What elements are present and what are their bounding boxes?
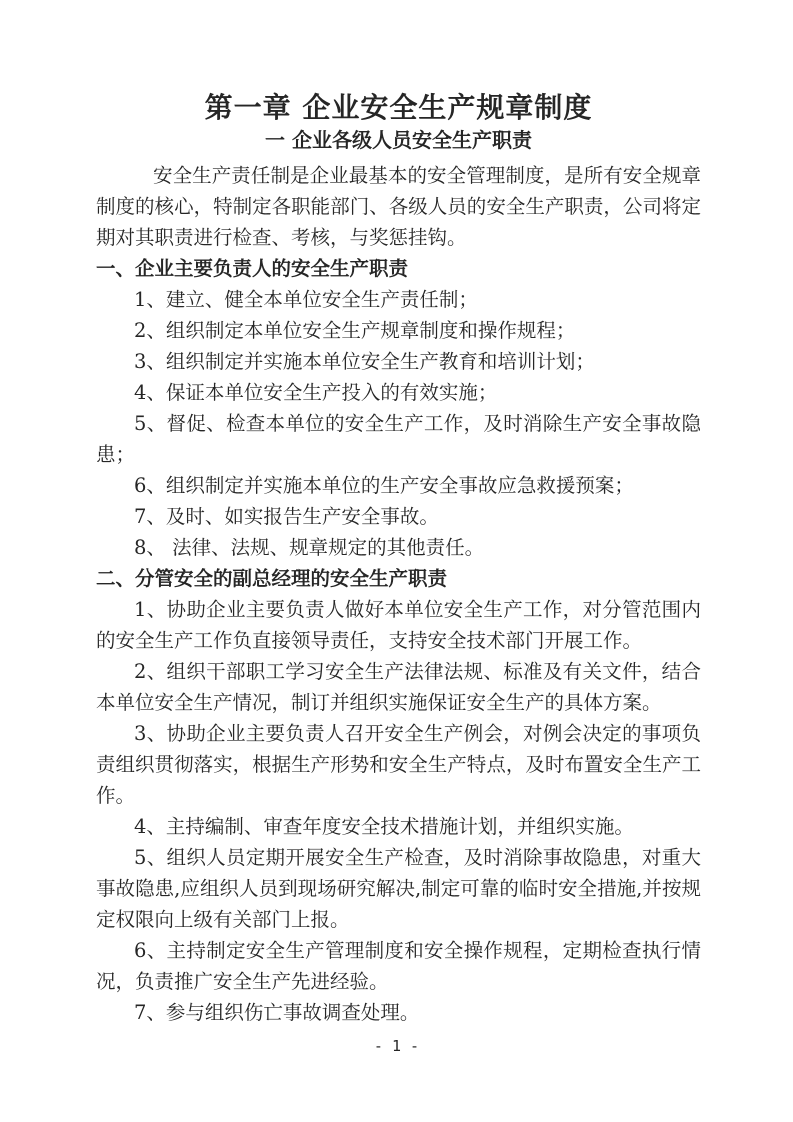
- section-heading: 二、分管安全的副总经理的安全生产职责: [96, 563, 701, 594]
- list-item: 7、及时、如实报告生产安全事故。: [96, 501, 701, 532]
- document-content: 第一章 企业安全生产规章制度 一 企业各级人员安全生产职责 安全生产责任制是企业…: [96, 90, 701, 1028]
- list-item: 4、主持编制、审查年度安全技术措施计划，并组织实施。: [96, 811, 701, 842]
- section-two: 二、分管安全的副总经理的安全生产职责 1、协助企业主要负责人做好本单位安全生产工…: [96, 563, 701, 1028]
- list-item: 6、主持制定安全生产管理制度和安全操作规程，定期检查执行情况，负责推广安全生产先…: [96, 935, 701, 997]
- list-item: 1、协助企业主要负责人做好本单位安全生产工作，对分管范围内的安全生产工作负直接领…: [96, 594, 701, 656]
- list-item: 6、组织制定并实施本单位的生产安全事故应急救援预案；: [96, 470, 701, 501]
- intro-paragraph: 安全生产责任制是企业最基本的安全管理制度，是所有安全规章制度的核心，特制定各职能…: [96, 160, 701, 253]
- section-one: 一、企业主要负责人的安全生产职责 1、建立、健全本单位安全生产责任制； 2、组织…: [96, 253, 701, 563]
- list-item: 8、 法律、法规、规章规定的其他责任。: [96, 532, 701, 563]
- list-item: 2、组织干部职工学习安全生产法律法规、标准及有关文件，结合本单位安全生产情况，制…: [96, 656, 701, 718]
- list-item: 5、督促、检查本单位的安全生产工作，及时消除生产安全事故隐患；: [96, 408, 701, 470]
- list-item: 3、组织制定并实施本单位安全生产教育和培训计划；: [96, 346, 701, 377]
- document-page: 第一章 企业安全生产规章制度 一 企业各级人员安全生产职责 安全生产责任制是企业…: [0, 0, 793, 1122]
- list-item: 5、组织人员定期开展安全生产检查，及时消除事故隐患，对重大事故隐患,应组织人员到…: [96, 842, 701, 935]
- section-subtitle: 一 企业各级人员安全生产职责: [96, 126, 701, 154]
- list-item: 1、建立、健全本单位安全生产责任制；: [96, 284, 701, 315]
- list-item: 7、参与组织伤亡事故调查处理。: [96, 997, 701, 1028]
- list-item: 3、协助企业主要负责人召开安全生产例会，对例会决定的事项负责组织贯彻落实，根据生…: [96, 718, 701, 811]
- list-item: 4、保证本单位安全生产投入的有效实施；: [96, 377, 701, 408]
- page-number: - 1 -: [0, 1036, 793, 1056]
- chapter-title: 第一章 企业安全生产规章制度: [96, 90, 701, 126]
- section-heading: 一、企业主要负责人的安全生产职责: [96, 253, 701, 284]
- list-item: 2、组织制定本单位安全生产规章制度和操作规程；: [96, 315, 701, 346]
